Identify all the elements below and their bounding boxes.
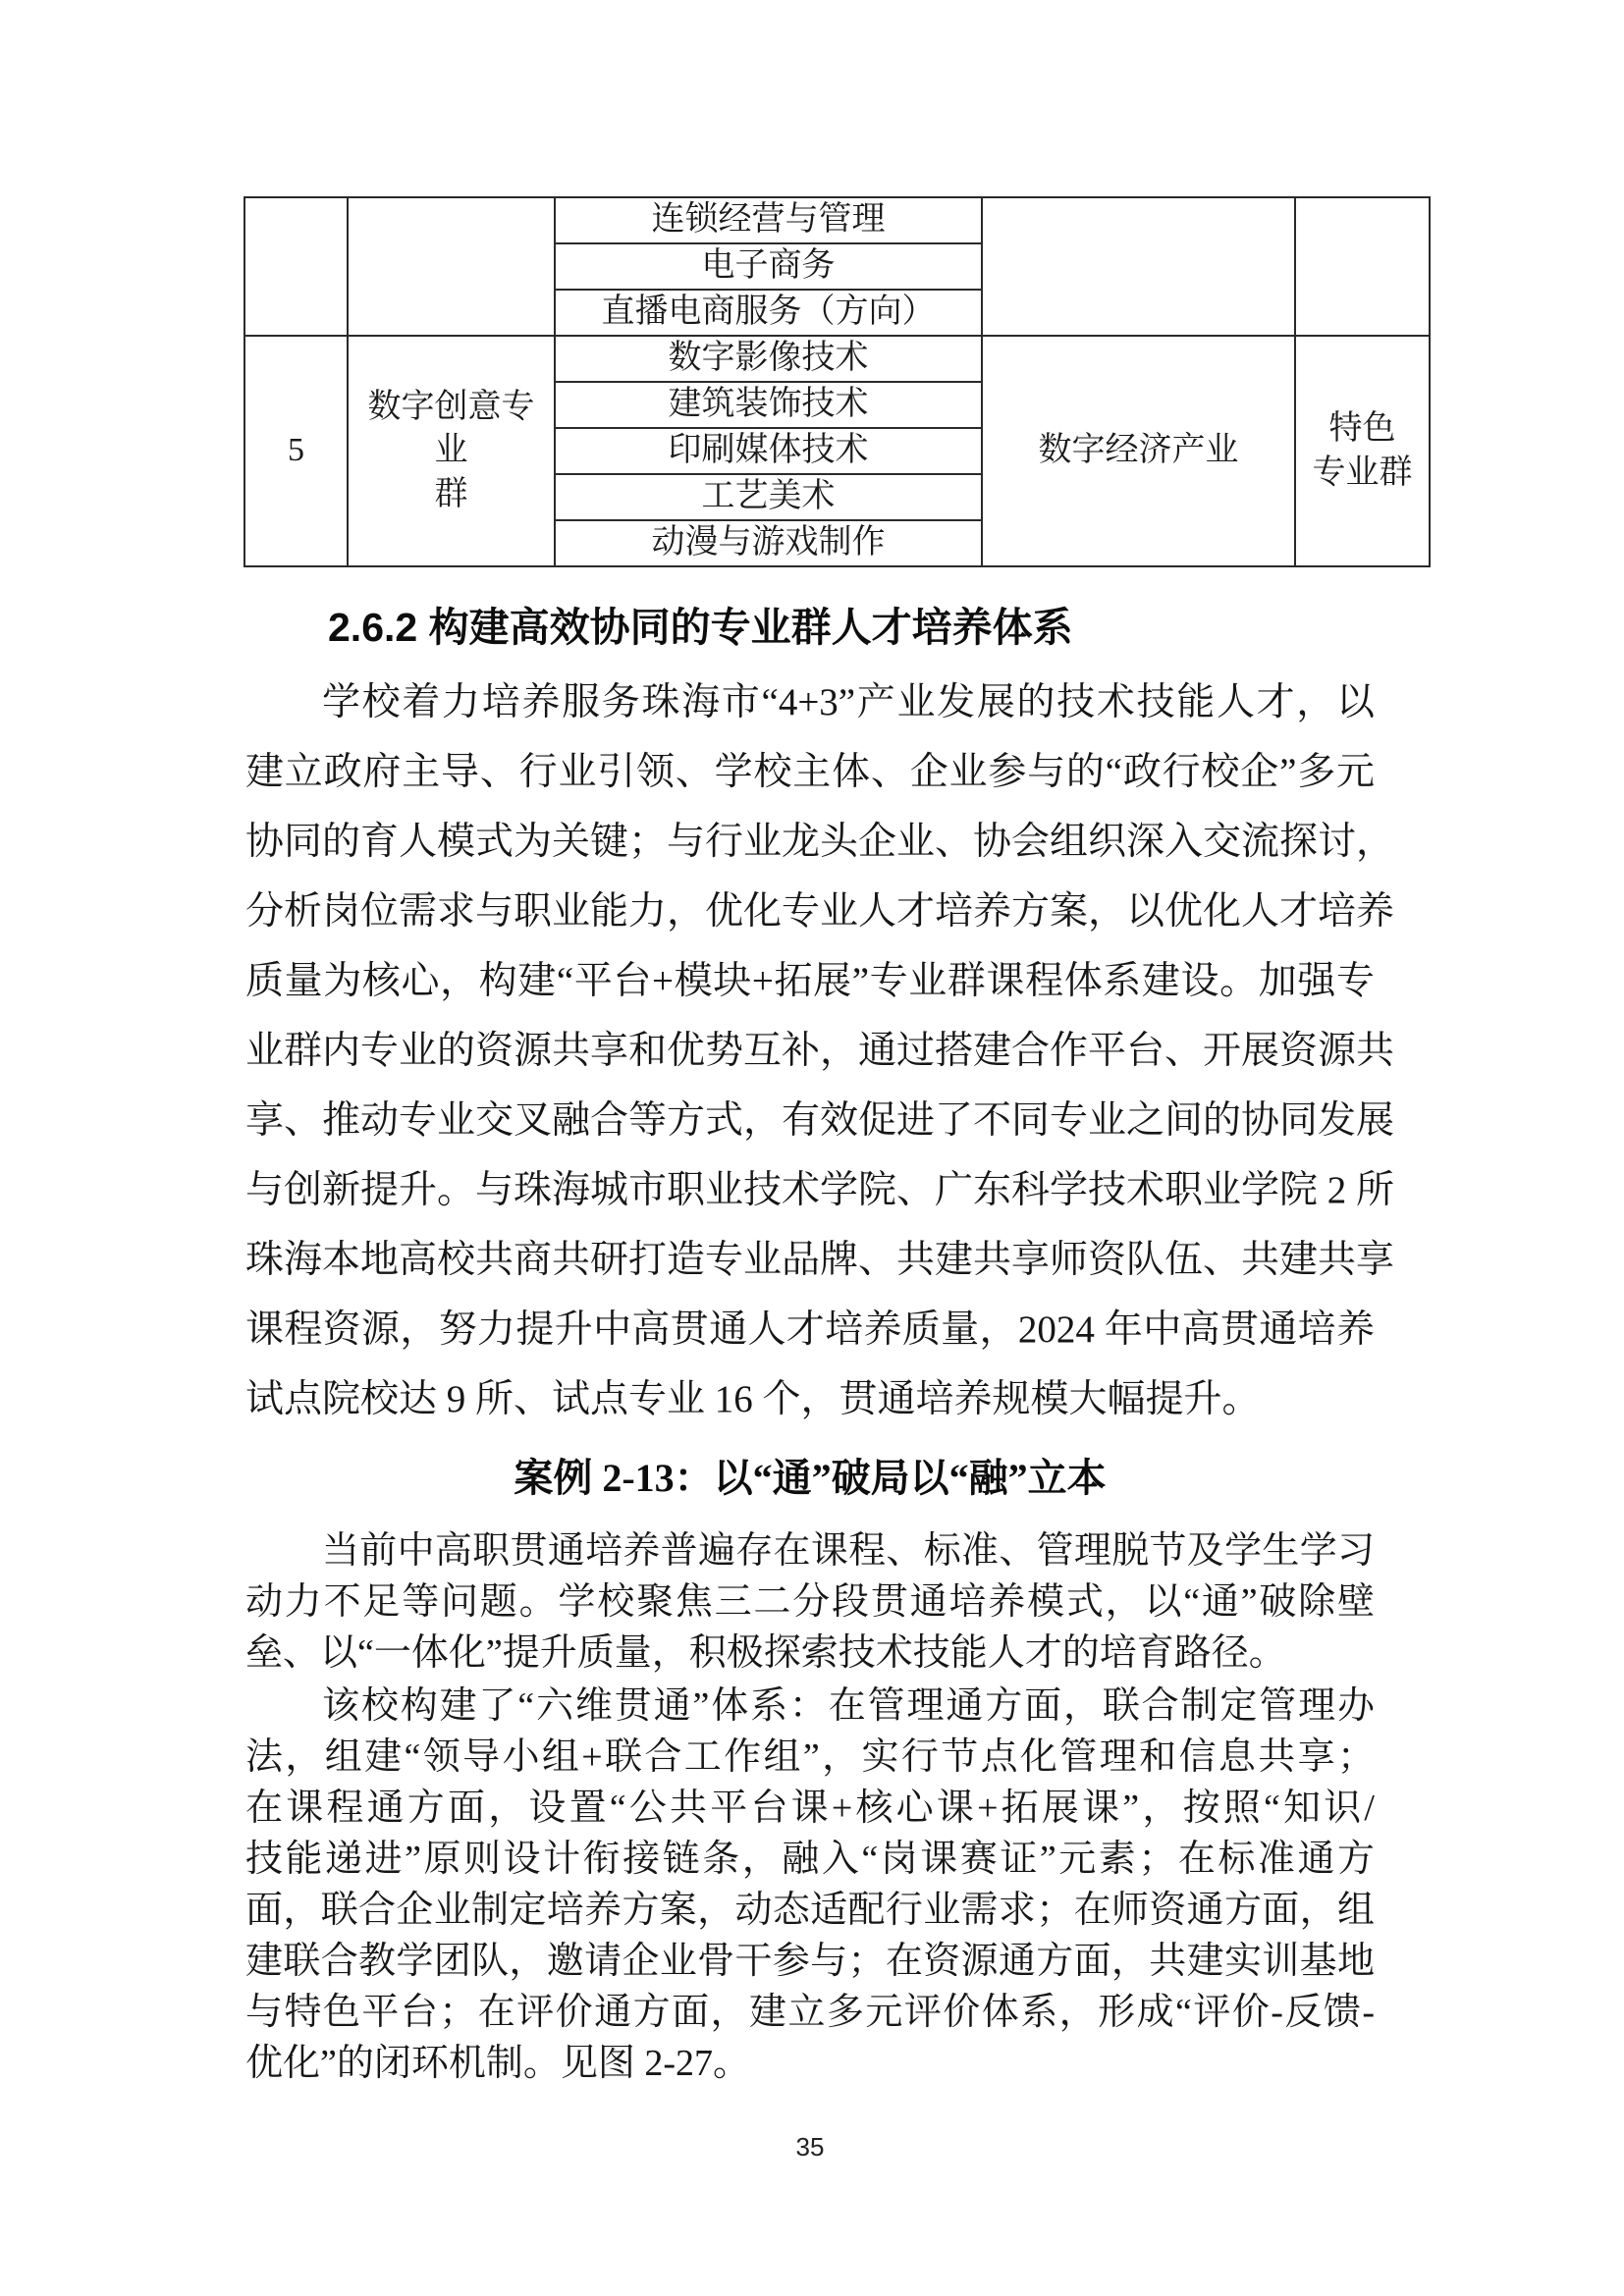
table-cell-specialty: 直播电商服务（方向） [555,290,982,336]
table-row: 连锁经营与管理 [244,197,1430,243]
paragraph-line: 珠海本地高校共商共研打造专业品牌、共建共享师资队伍、共建共享 [245,1225,1375,1295]
page-number: 35 [245,2130,1375,2163]
paragraph-line: 享、推动专业交叉融合等方式，有效促进了不同专业之间的协同发展 [245,1086,1375,1155]
document-page: 连锁经营与管理 电子商务 直播电商服务（方向） 5 数字创意专业 群 数字影像技… [0,0,1624,2296]
paragraph-line: 该校构建了“六维贯通”体系：在管理通方面，联合制定管理办 [245,1681,1375,1732]
paragraph-line: 建联合教学团队，邀请企业骨干参与；在资源通方面，共建实训基地 [245,1936,1375,1987]
paragraph-line: 学校着力培养服务珠海市“4+3”产业发展的技术技能人才，以 [245,667,1375,737]
type-line: 专业群 [1300,452,1425,495]
case-paragraph: 该校构建了“六维贯通”体系：在管理通方面，联合制定管理办 法，组建“领导小组+联… [245,1681,1375,2089]
table-cell-specialty: 连锁经营与管理 [555,197,982,243]
table-cell-index: 5 [244,336,348,566]
paragraph-line: 业群内专业的资源共享和优势互补，通过搭建合作平台、开展资源共 [245,1016,1375,1086]
case-paragraph: 当前中高职贯通培养普遍存在课程、标准、管理脱节及学生学习 动力不足等问题。学校聚… [245,1525,1375,1679]
table-cell-specialty: 建筑装饰技术 [555,382,982,428]
paragraph-line: 质量为核心，构建“平台+模块+拓展”专业群课程体系建设。加强专 [245,946,1375,1016]
table-row: 5 数字创意专业 群 数字影像技术 数字经济产业 特色 专业群 [244,336,1430,382]
paragraph-line: 垒、以“一体化”提升质量，积极探索技术技能人才的培育路径。 [245,1628,1375,1679]
table-cell-specialty: 电子商务 [555,243,982,290]
table-cell-empty-index [244,197,348,336]
group-name-line: 数字创意专业 [352,386,550,472]
paragraph-line: 在课程通方面，设置“公共平台课+核心课+拓展课”，按照“知识/ [245,1783,1375,1834]
table-cell-type: 特色 专业群 [1295,336,1430,566]
table-cell-empty-type [1295,197,1430,336]
table-cell-specialty: 数字影像技术 [555,336,982,382]
table-cell-specialty: 动漫与游戏制作 [555,520,982,566]
body-paragraph: 学校着力培养服务珠海市“4+3”产业发展的技术技能人才，以 建立政府主导、行业引… [245,667,1375,1434]
paragraph-line: 与创新提升。与珠海城市职业技术学院、广东科学技术职业学院 2 所 [245,1155,1375,1225]
paragraph-line: 法，组建“领导小组+联合工作组”，实行节点化管理和信息共享； [245,1732,1375,1783]
paragraph-line: 试点院校达 9 所、试点专业 16 个，贯通培养规模大幅提升。 [245,1364,1375,1434]
table-cell-specialty: 工艺美术 [555,474,982,520]
table-cell-empty-group [348,197,555,336]
table-cell-empty-industry [982,197,1295,336]
paragraph-line: 建立政府主导、行业引领、学校主体、企业参与的“政行校企”多元 [245,737,1375,807]
type-line: 特色 [1300,407,1425,451]
group-name-line: 群 [352,473,550,516]
paragraph-line: 与特色平台；在评价通方面，建立多元评价体系，形成“评价-反馈- [245,1987,1375,2038]
paragraph-line: 面，联合企业制定培养方案，动态适配行业需求；在师资通方面，组 [245,1885,1375,1936]
section-heading: 2.6.2 构建高效协同的专业群人才培养体系 [245,599,1375,656]
paragraph-line: 分析岗位需求与职业能力，优化专业人才培养方案，以优化人才培养 [245,877,1375,946]
paragraph-line: 当前中高职贯通培养普遍存在课程、标准、管理脱节及学生学习 [245,1525,1375,1576]
table-cell-specialty: 印刷媒体技术 [555,428,982,474]
paragraph-line: 优化”的闭环机制。见图 2-27。 [245,2038,1375,2089]
specialty-group-table: 连锁经营与管理 电子商务 直播电商服务（方向） 5 数字创意专业 群 数字影像技… [244,196,1431,567]
case-heading: 案例 2-13：以“通”破局以“融”立本 [245,1451,1375,1506]
paragraph-line: 课程资源，努力提升中高贯通人才培养质量，2024 年中高贯通培养 [245,1295,1375,1364]
paragraph-line: 动力不足等问题。学校聚焦三二分段贯通培养模式，以“通”破除壁 [245,1576,1375,1628]
paragraph-line: 协同的育人模式为关键；与行业龙头企业、协会组织深入交流探讨， [245,807,1375,877]
table-cell-industry: 数字经济产业 [982,336,1295,566]
paragraph-line: 技能递进”原则设计衔接链条，融入“岗课赛证”元素；在标准通方 [245,1834,1375,1885]
table-cell-group: 数字创意专业 群 [348,336,555,566]
